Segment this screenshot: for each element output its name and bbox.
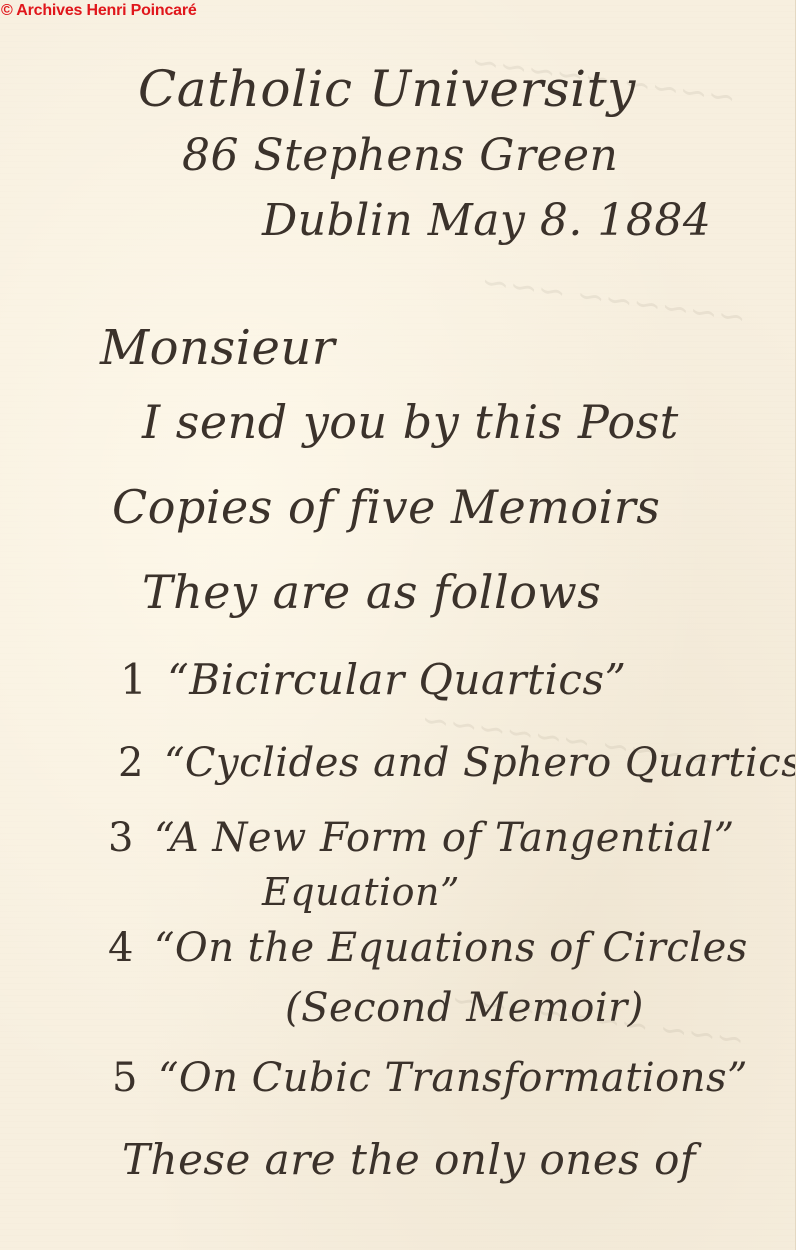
copyright-watermark: © Archives Henri Poincaré: [1, 1, 197, 21]
memoir-number: 1: [120, 655, 147, 704]
closing-line: These are the only ones of: [122, 1135, 696, 1184]
memoir-item-2: 2“Cyclides and Sphero Quartics”: [118, 740, 800, 786]
memoir-title: “On Cubic Transformations”: [158, 1055, 748, 1101]
memoir-title: “On the Equations of Circles: [154, 925, 748, 971]
memoir-item-4-continuation: (Second Memoir): [285, 985, 644, 1031]
memoir-number: 4: [108, 925, 134, 971]
page-edge: [795, 0, 800, 1250]
body-line: Copies of five Memoirs: [112, 480, 660, 534]
memoir-item-4: 4“On the Equations of Circles: [108, 925, 748, 971]
header-place-date: Dublin May 8. 1884: [262, 195, 711, 246]
memoir-title: “A New Form of Tangential”: [154, 815, 735, 861]
memoir-number: 2: [118, 740, 144, 786]
memoir-item-1: 1“Bicircular Quartics”: [120, 655, 626, 704]
bleed-through-text: ~~~~~~ ~~~: [479, 262, 749, 339]
memoir-item-3-continuation: Equation”: [262, 870, 460, 914]
memoir-item-3: 3“A New Form of Tangential”: [108, 815, 735, 861]
salutation: Monsieur: [100, 320, 335, 376]
letter-page: ~~~~ ~~~~~ ~~~~~~ ~~~ ~~~~ ~~~~~~ ~~~ ~~…: [0, 0, 796, 1250]
memoir-number: 5: [112, 1055, 138, 1101]
memoir-title: “Bicircular Quartics”: [167, 655, 626, 704]
header-institution: Catholic University: [138, 60, 636, 118]
memoir-title: “Cyclides and Sphero Quartics”: [164, 740, 800, 786]
memoir-number: 3: [108, 815, 134, 861]
body-line: I send you by this Post: [142, 395, 679, 449]
body-line: They are as follows: [142, 565, 601, 619]
memoir-item-5: 5“On Cubic Transformations”: [112, 1055, 748, 1101]
header-address: 86 Stephens Green: [182, 130, 618, 181]
